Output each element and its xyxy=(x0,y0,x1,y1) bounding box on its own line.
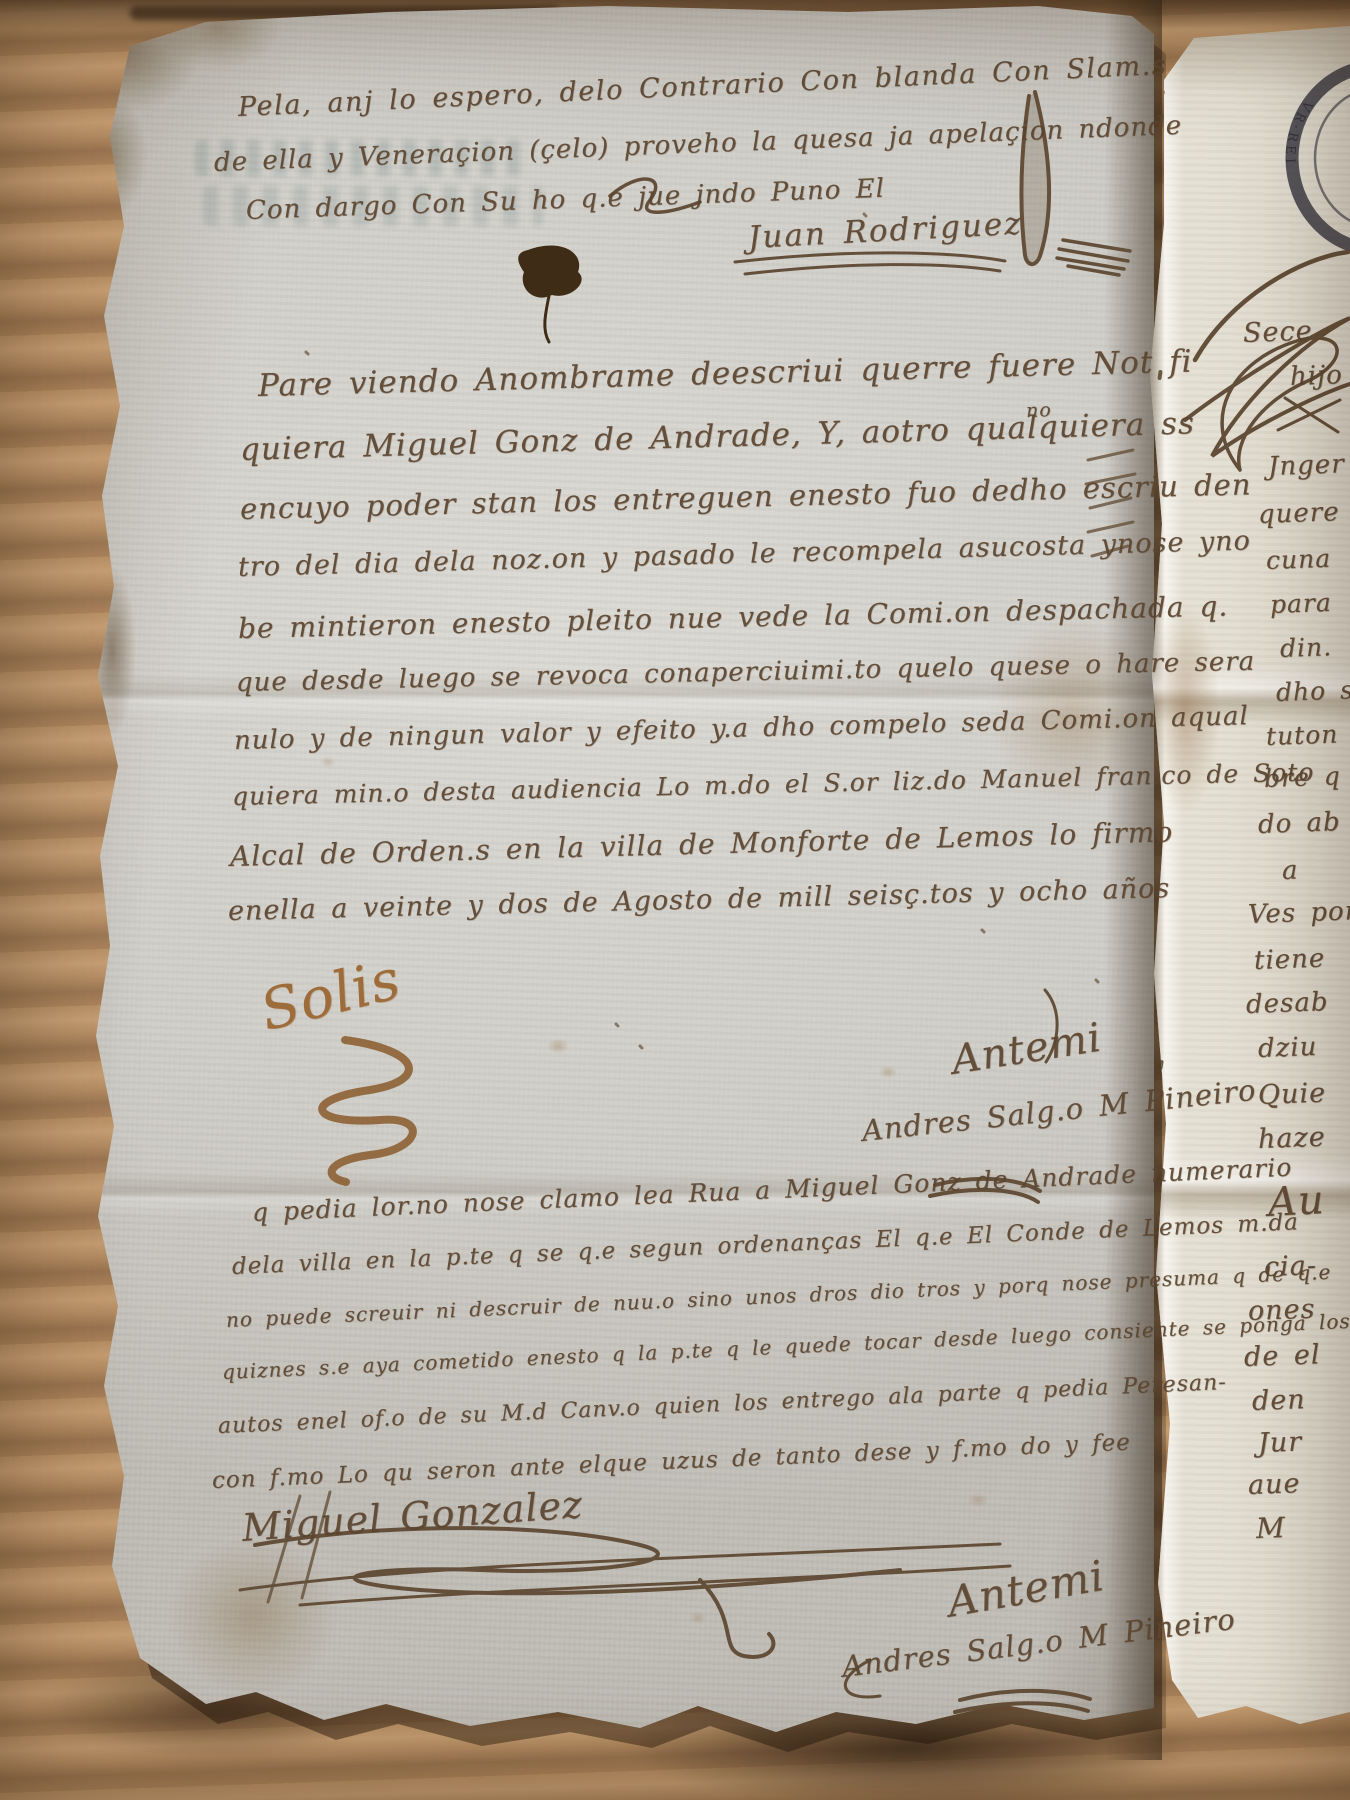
right-fragment: Sece xyxy=(1242,316,1313,349)
right-fragment: cuna xyxy=(1265,544,1331,575)
right-fragment: bre q xyxy=(1263,761,1341,793)
right-fragment: din. xyxy=(1279,632,1332,663)
right-fragment: Ves por xyxy=(1247,896,1350,930)
ink-blot xyxy=(518,246,581,298)
right-fragment: dziu xyxy=(1257,1032,1317,1064)
right-fragment: Jnger xyxy=(1267,449,1345,482)
miguel-rubric-descender xyxy=(700,1580,773,1657)
right-fragment: M xyxy=(1255,1511,1286,1545)
right-fragment: tiene xyxy=(1253,944,1325,976)
right-fragment: tuton xyxy=(1265,719,1338,751)
rodriguez-rubric xyxy=(735,253,1005,274)
right-fragment: desab xyxy=(1245,987,1329,1020)
right-fragment: dho s xyxy=(1275,675,1350,707)
body-superscript: no xyxy=(1026,399,1052,422)
right-fragment: do ab xyxy=(1257,807,1341,840)
right-fragment: Quie xyxy=(1257,1078,1326,1111)
right-fragment: hijo q xyxy=(1289,359,1350,392)
right-fragment: Au xyxy=(1267,1177,1326,1226)
ink-blot-tail xyxy=(545,296,549,342)
solis-rubric xyxy=(322,1040,413,1182)
photo-canvas: VR·REI Pela, xyxy=(0,0,1350,1800)
right-fragment-cross xyxy=(1278,398,1340,432)
right-fragment: quere xyxy=(1257,497,1340,530)
right-fragment: para xyxy=(1269,588,1332,619)
right-fragment: cia- xyxy=(1263,1250,1317,1283)
hatch-under-quill xyxy=(1057,240,1130,275)
right-fragment: ones xyxy=(1247,1294,1316,1327)
right-fragment: den xyxy=(1251,1384,1306,1417)
right-fragment: aue xyxy=(1247,1468,1301,1501)
right-fragment: Jur xyxy=(1257,1426,1302,1459)
attestation-lower-rubric xyxy=(955,1691,1090,1712)
right-fragment: a xyxy=(1281,855,1299,886)
right-fragment: de el xyxy=(1243,1339,1321,1373)
right-fragment: haze xyxy=(1257,1122,1326,1155)
